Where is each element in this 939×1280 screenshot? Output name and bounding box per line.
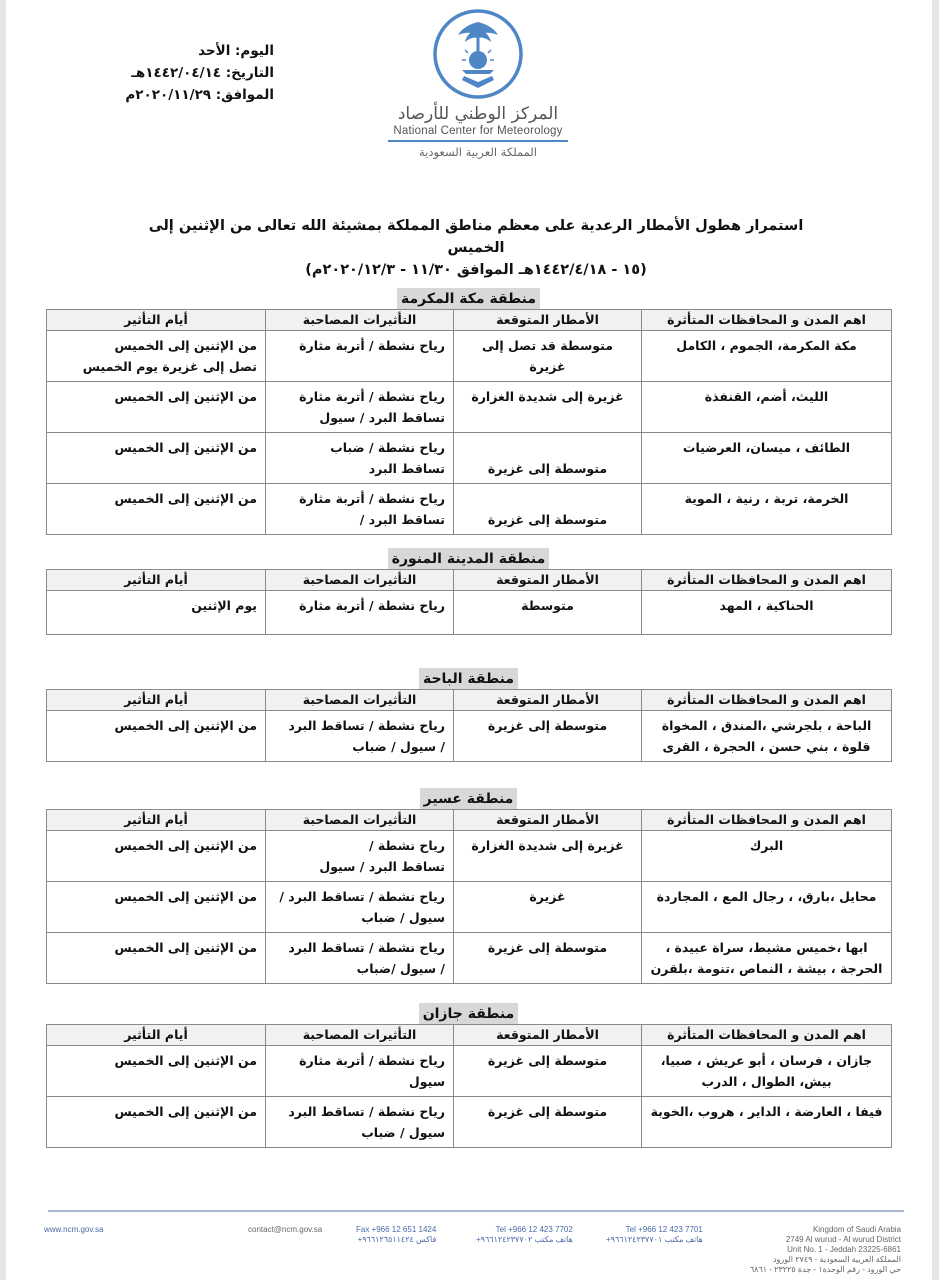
column-header-rain: الأمطار المتوقعة	[454, 310, 642, 331]
region-section: منطقة جازاناهم المدن و المحافظات المتأثر…	[46, 1003, 891, 1148]
column-header-rain: الأمطار المتوقعة	[454, 690, 642, 711]
cell-cities-line: البرك	[650, 835, 883, 856]
cell-days: من الإثنين إلى الخميس	[47, 433, 266, 484]
gregorian-date-line: الموافق: ٢٠٢٠/١١/٢٩م	[106, 84, 274, 106]
table-row: الليث، أضم، القنفذةغزيرة إلى شديدة الغزا…	[47, 382, 892, 433]
cell-rain: متوسطة إلى غزيرة	[454, 1046, 642, 1097]
cell-cities-line: قلوة ، بني حسن ، الحجرة ، القرى	[650, 736, 883, 757]
cell-cities-line: جازان ، فرسان ، أبو عريش ، صبيا،	[650, 1050, 883, 1071]
cell-cities-line: الباحة ، بلجرشي ،المندق ، المخواة	[650, 715, 883, 736]
cell-effects: رياح نشطة / أتربة مثارة	[266, 591, 454, 635]
document-title: استمرار هطول الأمطار الرعدية على معظم من…	[126, 215, 826, 281]
cell-rain: متوسطة إلى غزيرة	[454, 1097, 642, 1148]
document-page: اليوم: الأحد التاريخ: ١٤٤٢/٠٤/١٤هـ الموا…	[6, 0, 932, 1280]
cell-effects: رياح نشطة /تساقط البرد / سيول	[266, 831, 454, 882]
column-header-cities: اهم المدن و المحافظات المتأثرة	[642, 1025, 892, 1046]
cell-effects-line: رياح نشطة / تساقط البرد /	[274, 886, 445, 907]
cell-effects-line: رياح نشطة / تساقط البرد	[274, 937, 445, 958]
cell-effects-line: سيول / ضباب	[274, 1122, 445, 1143]
column-header-days: أيام التأثير	[47, 570, 266, 591]
cell-cities: مكة المكرمة، الجموم ، الكامل	[642, 331, 892, 382]
cell-cities: ابها ،خميس مشيط، سراة عبيدة ،الحرجة ، بي…	[642, 933, 892, 984]
cell-cities-line: الخرمة، تربة ، رنية ، الموية	[650, 488, 883, 509]
cell-effects-line: رياح نشطة /	[274, 835, 445, 856]
kingdom-name-arabic: المملكة العربية السعودية	[378, 145, 578, 159]
cell-cities-line: الحرجة ، بيشة ، النماص ،تنومة ،بلقرن	[650, 958, 883, 979]
cell-days: من الإثنين إلى الخميس	[47, 882, 266, 933]
ncm-emblem-icon	[432, 8, 524, 100]
cell-effects: رياح نشطة / تساقط البردسيول / ضباب	[266, 1097, 454, 1148]
cell-days-line: من الإثنين إلى الخميس	[55, 1101, 257, 1122]
column-header-days: أيام التأثير	[47, 310, 266, 331]
region-section: منطقة مكة المكرمةاهم المدن و المحافظات ا…	[46, 288, 891, 535]
footer-tel-2: Tel +966 12 423 7702 هاتف مكتب ٩٦٦١٢٤٢٣٧…	[476, 1225, 573, 1245]
cell-rain: غزيرة إلى شديدة الغزارة	[454, 382, 642, 433]
cell-days-line: من الإثنين إلى الخميس	[55, 835, 257, 856]
cell-effects-line: رياح نشطة / أتربة مثارة	[274, 595, 445, 616]
cell-rain: متوسطة قد تصل إلى غزيرة	[454, 331, 642, 382]
cell-days: من الإثنين إلى الخميس	[47, 1046, 266, 1097]
title-line-1: استمرار هطول الأمطار الرعدية على معظم من…	[126, 215, 826, 259]
day-line: اليوم: الأحد	[106, 40, 274, 62]
column-header-rain: الأمطار المتوقعة	[454, 570, 642, 591]
table-row: الطائف ، ميسان، العرضياتمتوسطة إلى غزيرة…	[47, 433, 892, 484]
cell-cities-line: ابها ،خميس مشيط، سراة عبيدة ،	[650, 937, 883, 958]
column-header-cities: اهم المدن و المحافظات المتأثرة	[642, 690, 892, 711]
region-title: منطقة مكة المكرمة	[397, 288, 540, 309]
cell-effects-line: رياح نشطة / أتربة مثارة	[274, 1050, 445, 1071]
cell-cities-line: مكة المكرمة، الجموم ، الكامل	[650, 335, 883, 356]
cell-days-line: من الإثنين إلى الخميس	[55, 335, 257, 356]
table-row: فيفا ، العارضة ، الداير ، هروب ،الخوبةمت…	[47, 1097, 892, 1148]
cell-cities: الطائف ، ميسان، العرضيات	[642, 433, 892, 484]
cell-rain: غزيرة	[454, 882, 642, 933]
cell-days-line: يوم الإثنين	[55, 595, 257, 616]
table-header-row: اهم المدن و المحافظات المتأثرةالأمطار ال…	[47, 810, 892, 831]
cell-effects: رياح نشطة / أتربة مثارة	[266, 331, 454, 382]
cell-cities-line: فيفا ، العارضة ، الداير ، هروب ،الخوبة	[650, 1101, 883, 1122]
cell-cities: الباحة ، بلجرشي ،المندق ، المخواةقلوة ، …	[642, 711, 892, 762]
cell-cities-line: الليث، أضم، القنفذة	[650, 386, 883, 407]
region-table: اهم المدن و المحافظات المتأثرةالأمطار ال…	[46, 309, 892, 535]
region-table: اهم المدن و المحافظات المتأثرةالأمطار ال…	[46, 689, 892, 762]
region-title: منطقة جازان	[419, 1003, 519, 1024]
cell-days-line: من الإثنين إلى الخميس	[55, 1050, 257, 1071]
column-header-rain: الأمطار المتوقعة	[454, 1025, 642, 1046]
cell-effects: رياح نشطة / أتربة مثارةتساقط البرد /	[266, 484, 454, 535]
footer-tel-1: Tel +966 12 423 7701 هاتف مكتب ٩٦٦١٢٤٢٣٧…	[606, 1225, 703, 1245]
cell-effects-line: تساقط البرد / سيول	[274, 407, 445, 428]
footer-divider	[48, 1210, 904, 1212]
ncm-logo: المركز الوطني للأرصاد National Center fo…	[378, 8, 578, 178]
cell-effects: رياح نشطة / تساقط البرد /سيول / ضباب	[266, 882, 454, 933]
cell-rain: متوسطة إلى غزيرة	[454, 933, 642, 984]
table-header-row: اهم المدن و المحافظات المتأثرةالأمطار ال…	[47, 570, 892, 591]
table-row: الباحة ، بلجرشي ،المندق ، المخواةقلوة ، …	[47, 711, 892, 762]
ncm-name-arabic: المركز الوطني للأرصاد	[378, 104, 578, 124]
cell-days: من الإثنين إلى الخميس	[47, 831, 266, 882]
date-block: اليوم: الأحد التاريخ: ١٤٤٢/٠٤/١٤هـ الموا…	[106, 40, 274, 106]
cell-days: يوم الإثنين	[47, 591, 266, 635]
cell-effects-line: رياح نشطة / أتربة مثارة	[274, 335, 445, 356]
column-header-days: أيام التأثير	[47, 1025, 266, 1046]
ncm-name-english: National Center for Meteorology	[378, 125, 578, 137]
column-header-days: أيام التأثير	[47, 810, 266, 831]
cell-effects: رياح نشطة / أتربة مثارةسيول	[266, 1046, 454, 1097]
column-header-effects: التأثيرات المصاحبة	[266, 690, 454, 711]
column-header-cities: اهم المدن و المحافظات المتأثرة	[642, 570, 892, 591]
cell-effects-line: سيول / ضباب	[274, 907, 445, 928]
cell-cities-line: الطائف ، ميسان، العرضيات	[650, 437, 883, 458]
cell-effects-line: تساقط البرد / سيول	[274, 856, 445, 877]
table-row: مكة المكرمة، الجموم ، الكاملمتوسطة قد تص…	[47, 331, 892, 382]
cell-rain: غزيرة إلى شديدة الغزارة	[454, 831, 642, 882]
cell-effects-line: رياح نشطة / تساقط البرد	[274, 1101, 445, 1122]
table-row: الخرمة، تربة ، رنية ، المويةمتوسطة إلى غ…	[47, 484, 892, 535]
region-title: منطقة الباحة	[419, 668, 518, 689]
cell-effects-line: / سيول /ضباب	[274, 958, 445, 979]
cell-days: من الإثنين إلى الخميس	[47, 484, 266, 535]
column-header-days: أيام التأثير	[47, 690, 266, 711]
region-section: منطقة عسيراهم المدن و المحافظات المتأثرة…	[46, 788, 891, 984]
region-title: منطقة المدينة المنورة	[388, 548, 550, 569]
cell-rain: متوسطة إلى غزيرة	[454, 711, 642, 762]
cell-days-line: من الإثنين إلى الخميس	[55, 488, 257, 509]
column-header-effects: التأثيرات المصاحبة	[266, 1025, 454, 1046]
cell-days-line: من الإثنين إلى الخميس	[55, 886, 257, 907]
region-title: منطقة عسير	[420, 788, 518, 809]
cell-effects-line: / سيول / ضباب	[274, 736, 445, 757]
cell-cities: البرك	[642, 831, 892, 882]
region-table: اهم المدن و المحافظات المتأثرةالأمطار ال…	[46, 1024, 892, 1148]
cell-effects: رياح نشطة / أتربة مثارةتساقط البرد / سيو…	[266, 382, 454, 433]
table-row: الحناكية ، المهدمتوسطةرياح نشطة / أتربة …	[47, 591, 892, 635]
cell-cities-line: الحناكية ، المهد	[650, 595, 883, 616]
cell-days: من الإثنين إلى الخميس	[47, 711, 266, 762]
logo-divider	[388, 140, 568, 142]
footer-website[interactable]: www.ncm.gov.sa	[44, 1225, 103, 1235]
column-header-effects: التأثيرات المصاحبة	[266, 570, 454, 591]
cell-cities: محايل ،بارق، ، رجال المع ، المجاردة	[642, 882, 892, 933]
column-header-effects: التأثيرات المصاحبة	[266, 310, 454, 331]
cell-cities: الليث، أضم، القنفذة	[642, 382, 892, 433]
cell-rain: متوسطة إلى غزيرة	[454, 433, 642, 484]
cell-days-line: من الإثنين إلى الخميس	[55, 386, 257, 407]
region-table: اهم المدن و المحافظات المتأثرةالأمطار ال…	[46, 569, 892, 635]
cell-effects-line: رياح نشطة / أتربة مثارة	[274, 386, 445, 407]
cell-days-line: من الإثنين إلى الخميس	[55, 937, 257, 958]
table-header-row: اهم المدن و المحافظات المتأثرةالأمطار ال…	[47, 310, 892, 331]
region-section: منطقة المدينة المنورةاهم المدن و المحافظ…	[46, 548, 891, 635]
cell-cities: الخرمة، تربة ، رنية ، الموية	[642, 484, 892, 535]
cell-cities: فيفا ، العارضة ، الداير ، هروب ،الخوبة	[642, 1097, 892, 1148]
cell-effects: رياح نشطة / ضبابتساقط البرد	[266, 433, 454, 484]
column-header-cities: اهم المدن و المحافظات المتأثرة	[642, 310, 892, 331]
cell-effects: رياح نشطة / تساقط البرد/ سيول /ضباب	[266, 933, 454, 984]
region-table: اهم المدن و المحافظات المتأثرةالأمطار ال…	[46, 809, 892, 984]
cell-rain: متوسطة	[454, 591, 642, 635]
cell-cities-line: محايل ،بارق، ، رجال المع ، المجاردة	[650, 886, 883, 907]
cell-effects-line: تساقط البرد	[274, 458, 445, 479]
column-header-rain: الأمطار المتوقعة	[454, 810, 642, 831]
cell-days: من الإثنين إلى الخميستصل إلى غزيرة يوم ا…	[47, 331, 266, 382]
cell-days: من الإثنين إلى الخميس	[47, 933, 266, 984]
cell-effects-line: رياح نشطة / أتربة مثارة	[274, 488, 445, 509]
table-header-row: اهم المدن و المحافظات المتأثرةالأمطار ال…	[47, 690, 892, 711]
table-row: محايل ،بارق، ، رجال المع ، المجاردةغزيرة…	[47, 882, 892, 933]
cell-effects-line: رياح نشطة / تساقط البرد	[274, 715, 445, 736]
title-line-2: (١٥ - ١٤٤٢/٤/١٨هـ الموافق ١١/٣٠ - ٢٠٢٠/١…	[126, 259, 826, 281]
region-section: منطقة الباحةاهم المدن و المحافظات المتأث…	[46, 668, 891, 762]
table-row: ابها ،خميس مشيط، سراة عبيدة ،الحرجة ، بي…	[47, 933, 892, 984]
hijri-date-line: التاريخ: ١٤٤٢/٠٤/١٤هـ	[106, 62, 274, 84]
table-row: جازان ، فرسان ، أبو عريش ، صبيا،بيش، الط…	[47, 1046, 892, 1097]
cell-cities: الحناكية ، المهد	[642, 591, 892, 635]
cell-days-line: تصل إلى غزيرة يوم الخميس	[55, 356, 257, 377]
cell-rain: متوسطة إلى غزيرة	[454, 484, 642, 535]
footer-address: Kingdom of Saudi Arabia 2749 Al wurud - …	[741, 1225, 901, 1275]
cell-effects-line: تساقط البرد /	[274, 509, 445, 530]
column-header-cities: اهم المدن و المحافظات المتأثرة	[642, 810, 892, 831]
cell-days-line: من الإثنين إلى الخميس	[55, 715, 257, 736]
cell-effects-line: سيول	[274, 1071, 445, 1092]
cell-cities: جازان ، فرسان ، أبو عريش ، صبيا،بيش، الط…	[642, 1046, 892, 1097]
cell-effects: رياح نشطة / تساقط البرد/ سيول / ضباب	[266, 711, 454, 762]
footer-email[interactable]: contact@ncm.gov.sa	[248, 1225, 322, 1235]
table-row: البركغزيرة إلى شديدة الغزارةرياح نشطة /ت…	[47, 831, 892, 882]
table-header-row: اهم المدن و المحافظات المتأثرةالأمطار ال…	[47, 1025, 892, 1046]
cell-cities-line: بيش، الطوال ، الدرب	[650, 1071, 883, 1092]
cell-days: من الإثنين إلى الخميس	[47, 1097, 266, 1148]
column-header-effects: التأثيرات المصاحبة	[266, 810, 454, 831]
footer-fax: Fax +966 12 651 1424 فاكس ٩٦٦١٢٦٥١١٤٢٤+	[356, 1225, 436, 1245]
cell-days-line: من الإثنين إلى الخميس	[55, 437, 257, 458]
cell-days: من الإثنين إلى الخميس	[47, 382, 266, 433]
cell-effects-line: رياح نشطة / ضباب	[274, 437, 445, 458]
